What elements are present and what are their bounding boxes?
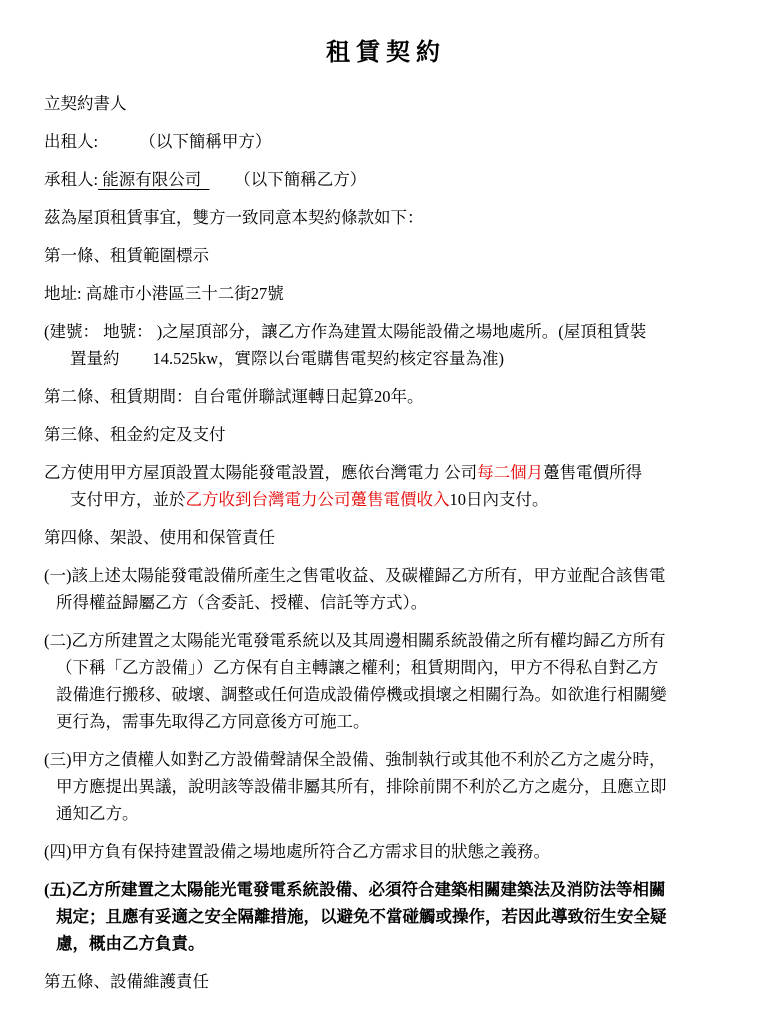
article-4-heading: 第四條、架設、使用和保管責任: [44, 524, 728, 551]
article-5-heading: 第五條、設備維護責任: [44, 968, 728, 995]
document-body: 立契約書人出租人: （以下簡稱甲方）承租人: 能源有限公司 （以下簡稱乙方）茲為…: [44, 90, 728, 995]
red-highlight-text: 乙方收到台灣電力公司躉售電價收入: [186, 490, 450, 509]
text-segment: 立契約書人: [44, 94, 127, 113]
text-segment: （以下簡稱甲方）: [98, 132, 271, 151]
lessee-line: 承租人: 能源有限公司 （以下簡稱乙方）: [44, 166, 728, 193]
text-segment: 出租人:: [44, 132, 98, 151]
text-segment: (二)乙方所建置之太陽能光電發電系統以及其周邊相關系統設備之所有權均歸乙方所有 …: [44, 631, 667, 731]
text-segment: (四)甲方負有保持建置設備之場地處所符合乙方需求目的狀態之義務。: [44, 842, 550, 861]
clause-4-2: (二)乙方所建置之太陽能光電發電系統以及其周邊相關系統設備之所有權均歸乙方所有 …: [44, 627, 728, 735]
text-segment: (三)甲方之債權人如對乙方設備聲請保全設備、強制執行或其他不利於乙方之處分時， …: [44, 750, 667, 823]
text-segment: 第四條、架設、使用和保管責任: [44, 528, 275, 547]
red-highlight-text: 每二個月: [477, 463, 543, 482]
document-title: 租賃契約: [44, 38, 728, 68]
text-segment: 第三條、租金約定及支付: [44, 425, 226, 444]
text-segment: (五)乙方所建置之太陽能光電發電系統設備、必須符合建築相關建築法及消防法等相關 …: [44, 880, 667, 953]
text-segment: 10日內支付。: [450, 490, 549, 509]
contract-parties-label: 立契約書人: [44, 90, 728, 117]
article-1-heading: 第一條、租賃範圍標示: [44, 242, 728, 269]
premises-description: (建號： 地號： )之屋頂部分，讓乙方作為建置太陽能設備之場地處所。(屋頂租賃裝…: [44, 318, 728, 372]
article-2-heading: 第二條、租賃期間：自台電併聯試運轉日起算20年。: [44, 383, 728, 410]
text-segment: 第五條、設備維護責任: [44, 972, 209, 991]
preamble: 茲為屋頂租賃事宜，雙方一致同意本契約條款如下：: [44, 204, 728, 231]
lessor-line: 出租人: （以下簡稱甲方）: [44, 128, 728, 155]
clause-4-4: (四)甲方負有保持建置設備之場地處所符合乙方需求目的狀態之義務。: [44, 838, 728, 865]
clause-4-3: (三)甲方之債權人如對乙方設備聲請保全設備、強制執行或其他不利於乙方之處分時， …: [44, 746, 728, 827]
article-3-body: 乙方使用甲方屋頂設置太陽能發電設置，應依台灣電力 公司每二個月躉售電價所得 支付…: [44, 459, 728, 513]
article-3-heading: 第三條、租金約定及支付: [44, 421, 728, 448]
text-segment: （以下簡稱乙方）: [209, 170, 366, 189]
clause-4-1: (一)該上述太陽能發電設備所產生之售電收益、及碳權歸乙方所有，甲方並配合該售電 …: [44, 562, 728, 616]
text-segment: 地址: 高雄市小港區三十二街27號: [44, 284, 284, 303]
contract-page: 租賃契約 立契約書人出租人: （以下簡稱甲方）承租人: 能源有限公司 （以下簡稱…: [0, 0, 768, 1024]
text-segment: 承租人:: [44, 170, 98, 189]
text-segment: (建號： 地號： )之屋頂部分，讓乙方作為建置太陽能設備之場地處所。(屋頂租賃裝…: [44, 322, 646, 368]
clause-4-5: (五)乙方所建置之太陽能光電發電系統設備、必須符合建築相關建築法及消防法等相關 …: [44, 876, 728, 957]
address-line: 地址: 高雄市小港區三十二街27號: [44, 280, 728, 307]
text-segment: (一)該上述太陽能發電設備所產生之售電收益、及碳權歸乙方所有，甲方並配合該售電 …: [44, 566, 666, 612]
text-segment: 乙方使用甲方屋頂設置太陽能發電設置，應依台灣電力 公司: [44, 463, 477, 482]
text-segment: 茲為屋頂租賃事宜，雙方一致同意本契約條款如下：: [44, 208, 424, 227]
underlined-fill-in-text: 能源有限公司: [98, 170, 209, 189]
text-segment: 第一條、租賃範圍標示: [44, 246, 209, 265]
text-segment: 第二條、租賃期間：自台電併聯試運轉日起算20年。: [44, 387, 424, 406]
